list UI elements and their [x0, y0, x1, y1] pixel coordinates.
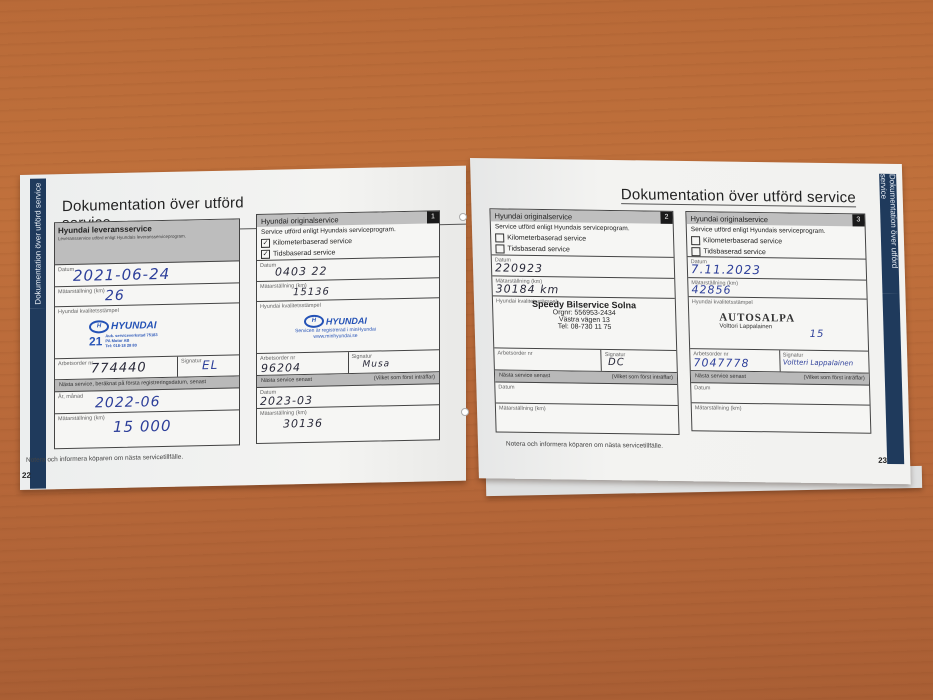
date-value: 2021-06-24: [73, 265, 170, 285]
stamp-label: Hyundai kvalitetsstämpel: [58, 308, 119, 315]
service-number-badge: 3: [852, 214, 864, 226]
stamp-number: 21: [89, 334, 102, 348]
option-label: Kilometerbaserad service: [273, 238, 352, 247]
footer-note: Notera och informera köparen om nästa se…: [26, 454, 183, 464]
work-order-label: Arbetsorder nr: [497, 350, 532, 356]
signature-value: Voltteri Lappalainen: [783, 358, 853, 367]
autosalpa-stamp: AUTOSALPA Volttori Lappalainen 15: [719, 312, 795, 331]
service-2-box: Hyundai originalservice2 Service utförd …: [489, 208, 679, 435]
next-service-label: Nästa service, beräknat på första regist…: [59, 379, 206, 388]
option-label: Kilometerbaserad service: [507, 235, 586, 243]
next-service-label: Nästa service senast: [695, 373, 746, 380]
next-odometer-label: Mätarställning (km): [499, 406, 546, 413]
checkbox-empty-icon[interactable]: [495, 244, 504, 253]
service-header-label: Hyundai originalservice: [494, 211, 572, 221]
checkbox-empty-icon[interactable]: [495, 233, 504, 242]
date-label: Datum: [260, 263, 276, 269]
next-service-note: (Vilket som först inträffar): [374, 374, 435, 381]
checkbox-checked-icon[interactable]: ✓: [261, 250, 270, 259]
next-odometer-value: 30136: [283, 417, 323, 431]
stamp-line1: Volttori Lappalainen: [719, 324, 795, 331]
stamp-label: Hyundai kvalitetsstämpel: [692, 299, 753, 306]
work-order-label: Arbetsorder nr: [58, 360, 93, 367]
stamp-brand: HYUNDAI: [326, 315, 367, 326]
signature-value: DC: [608, 357, 625, 368]
stamp-date-mark: 15: [810, 329, 825, 340]
minhyundai-stamp: HHYUNDAI Servicen är registrerad i minHy…: [295, 314, 376, 341]
odometer-value: 30184 km: [495, 282, 559, 296]
signature-label: Signatur: [181, 358, 202, 364]
next-date-value: 2023-03: [260, 394, 313, 408]
next-odometer-label: Mätarställning (km): [58, 415, 105, 422]
hyundai-logo-icon: H: [304, 315, 324, 328]
checkbox-empty-icon[interactable]: [691, 236, 700, 245]
footer-note: Notera och informera köparen om nästa se…: [506, 441, 663, 450]
left-page: Dokumentation över utförd service Dokume…: [20, 166, 466, 490]
next-date-label: Datum: [694, 385, 710, 391]
stamp-brand: HYUNDAI: [111, 320, 157, 332]
page-title: Dokumentation över utförd service: [621, 186, 856, 207]
right-page: Dokumentation över utförd service Dokume…: [470, 158, 911, 484]
service-header-label: Hyundai originalservice: [261, 215, 339, 226]
date-value: 220923: [495, 261, 543, 275]
stamp-name: AUTOSALPA: [719, 312, 795, 325]
signature-value: EL: [202, 358, 218, 372]
page-number: 22: [22, 471, 31, 480]
work-order-value: 96204: [261, 361, 301, 375]
odometer-value: 26: [105, 288, 125, 304]
section-tab-bar: [882, 294, 904, 464]
checkbox-checked-icon[interactable]: ✓: [261, 239, 270, 248]
stamp-line3: Tel: 018-18 28 80: [105, 342, 157, 348]
date-value: 7.11.2023: [691, 262, 761, 277]
service-1-box: Hyundai originalservice1 Service utförd …: [256, 210, 440, 444]
work-order-value: 774440: [91, 360, 147, 376]
service-number-badge: 2: [660, 212, 672, 224]
service-3-box: Hyundai originalservice3 Service utförd …: [685, 211, 871, 434]
date-label: Datum: [58, 267, 74, 273]
workshop-stamp: Speedy Bilservice Solna Orgnr: 556953-24…: [493, 298, 676, 332]
next-service-label: Nästa service senast: [261, 377, 312, 384]
odometer-value: 15136: [293, 287, 330, 299]
work-order-value: 7047778: [693, 356, 749, 370]
checkbox-empty-icon[interactable]: [691, 247, 700, 256]
binding-staple: [459, 213, 467, 221]
next-service-note: (Vilket som först inträffar): [804, 375, 865, 382]
section-tab: Dokumentation över utförd service: [879, 174, 899, 294]
next-odometer-label: Mätarställning (km): [260, 410, 307, 417]
page-number: 23: [878, 456, 887, 465]
service-number-badge: 1: [427, 211, 439, 223]
next-date-label: Datum: [498, 384, 514, 390]
year-month-value: 2022-06: [95, 394, 161, 411]
next-service-label: Nästa service senast: [499, 372, 550, 379]
service-header-label: Hyundai originalservice: [690, 214, 768, 224]
date-value: 0403 22: [275, 265, 328, 279]
odometer-value: 42856: [691, 283, 731, 297]
hyundai-logo-icon: H: [89, 320, 109, 333]
binding-staple: [461, 408, 469, 416]
next-service-note: (Vilket som först inträffar): [612, 374, 673, 381]
signature-value: Musa: [363, 359, 391, 370]
option-label: Tidsbaserad service: [273, 249, 335, 257]
option-label: Tidsbaserad service: [703, 248, 766, 256]
stamp-line3: Tel: 08-730 11 75: [494, 322, 676, 332]
section-tab: Dokumentation över utförd service: [30, 178, 46, 308]
option-label: Tidsbaserad service: [507, 246, 570, 254]
next-odometer-label: Mätarställning (km): [695, 405, 742, 412]
year-month-label: År, månad: [58, 394, 83, 401]
odometer-label: Mätarställning (km): [58, 288, 105, 295]
next-odometer-value: 15 000: [113, 417, 172, 436]
option-label: Kilometerbaserad service: [703, 237, 782, 245]
delivery-service-box: Hyundai leveransservice Leveransservice …: [54, 218, 240, 449]
stamp-label: Hyundai kvalitetsstämpel: [260, 303, 321, 310]
dealer-stamp: HHYUNDAI 21 Auk. serviceverkstad 75183 P…: [89, 319, 158, 348]
